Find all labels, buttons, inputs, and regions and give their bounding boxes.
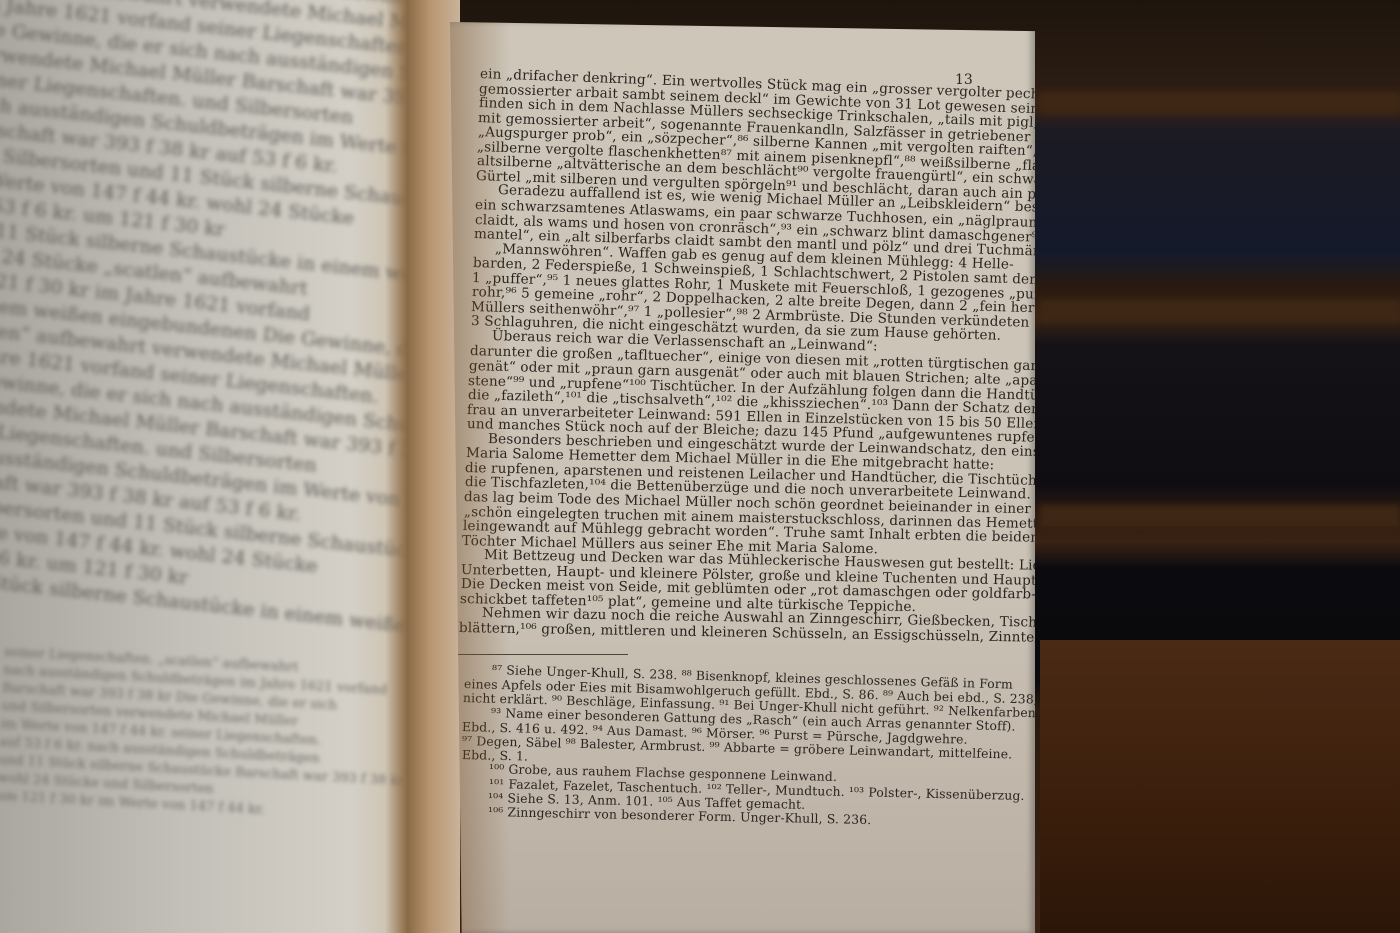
shelf-board (1040, 505, 1400, 527)
footnote-line: ¹⁰⁶ Zinngeschirr von besonderer Form. Un… (488, 804, 872, 827)
book-gutter (385, 0, 460, 933)
right-page: 13 ein „drifacher denkring“. Ein wertvol… (450, 22, 1035, 933)
page-body-text: ein „drifacher denkring“. Ein wertvolles… (450, 22, 1035, 933)
shelf-board (1040, 300, 1400, 322)
wooden-table (1040, 640, 1400, 933)
left-page-footnotes: seiner Liegenschaften. „scatlen“ aufbewa… (0, 644, 434, 828)
shelf-board (1040, 92, 1400, 114)
left-page-blurred: in einem weißen eingebundenen Die Gewinn… (0, 0, 440, 933)
left-page-text: in einem weißen eingebundenen Die Gewinn… (0, 0, 440, 636)
footnote-rule (458, 654, 628, 655)
